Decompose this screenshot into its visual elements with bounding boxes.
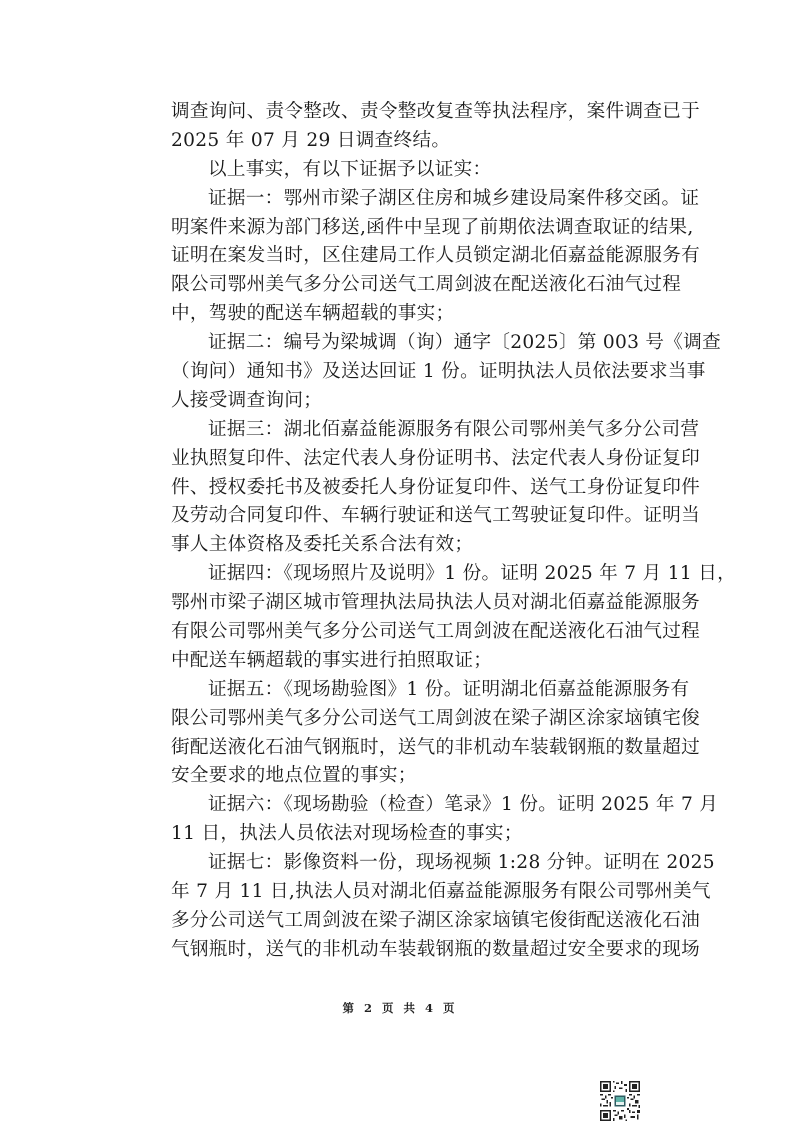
- document-line: 年 7 月 11 日,执法人员对湖北佰嘉益能源服务有限公司鄂州美气: [171, 878, 641, 907]
- document-line: 限公司鄂州美气多分公司送气工周剑波在配送液化石油气过程: [171, 271, 641, 300]
- document-line: 证据六：《现场勘验（检查）笔录》1 份。证明 2025 年 7 月: [171, 791, 641, 820]
- document-line: 11 日，执法人员依法对现场检查的事实；: [171, 820, 641, 849]
- document-line: 件、授权委托书及被委托人身份证复印件、送气工身份证复印件: [171, 474, 641, 503]
- document-line: 气钢瓶时，送气的非机动车装载钢瓶的数量超过安全要求的现场: [171, 936, 641, 965]
- document-line: 调查询问、责令整改、责令整改复查等执法程序，案件调查已于: [171, 98, 641, 127]
- document-line: 证据七：影像资料一份，现场视频 1:28 分钟。证明在 2025: [171, 849, 641, 878]
- document-line: 街配送液化石油气钢瓶时，送气的非机动车装载钢瓶的数量超过: [171, 734, 641, 763]
- document-line: 证明在案发当时，区住建局工作人员锁定湖北佰嘉益能源服务有: [171, 242, 641, 271]
- document-line: 人接受调查询问；: [171, 387, 641, 416]
- document-line: 业执照复印件、法定代表人身份证明书、法定代表人身份证复印: [171, 445, 641, 474]
- document-line: 有限公司鄂州美气多分公司送气工周剑波在配送液化石油气过程: [171, 618, 641, 647]
- document-line: 限公司鄂州美气多分公司送气工周剑波在梁子湖区涂家垴镇宅俊: [171, 705, 641, 734]
- page-number-footer: 第 2 页 共 4 页: [0, 1000, 800, 1016]
- document-line: 及劳动合同复印件、车辆行驶证和送气工驾驶证复印件。证明当: [171, 502, 641, 531]
- document-line: 证据二：编号为梁城调（询）通字〔2025〕第 003 号《调查: [171, 329, 641, 358]
- document-line: 多分公司送气工周剑波在梁子湖区涂家垴镇宅俊街配送液化石油: [171, 907, 641, 936]
- document-page: 调查询问、责令整改、责令整改复查等执法程序，案件调查已于2025 年 07 月 …: [0, 0, 800, 1133]
- document-line: 证据四：《现场照片及说明》1 份。证明 2025 年 7 月 11 日，: [171, 560, 641, 589]
- document-line: 安全要求的地点位置的事实；: [171, 762, 641, 791]
- document-line: 事人主体资格及委托关系合法有效；: [171, 531, 641, 560]
- document-line: 中配送车辆超载的事实进行拍照取证；: [171, 647, 641, 676]
- document-line: 证据五：《现场勘验图》1 份。证明湖北佰嘉益能源服务有: [171, 676, 641, 705]
- document-line: 2025 年 07 月 29 日调查终结。: [171, 127, 641, 156]
- document-line: 证据三：湖北佰嘉益能源服务有限公司鄂州美气多分公司营: [171, 416, 641, 445]
- document-body: 调查询问、责令整改、责令整改复查等执法程序，案件调查已于2025 年 07 月 …: [171, 98, 641, 965]
- document-line: 证据一：鄂州市梁子湖区住房和城乡建设局案件移交函。证: [171, 185, 641, 214]
- document-line: 以上事实，有以下证据予以证实：: [171, 156, 641, 185]
- document-line: 明案件来源为部门移送,函件中呈现了前期依法调查取证的结果,: [171, 214, 641, 243]
- document-line: 鄂州市梁子湖区城市管理执法局执法人员对湖北佰嘉益能源服务: [171, 589, 641, 618]
- qr-code-icon: [600, 1081, 640, 1121]
- document-line: 中，驾驶的配送车辆超载的事实；: [171, 300, 641, 329]
- document-line: （询问）通知书》及送达回证 1 份。证明执法人员依法要求当事: [171, 358, 641, 387]
